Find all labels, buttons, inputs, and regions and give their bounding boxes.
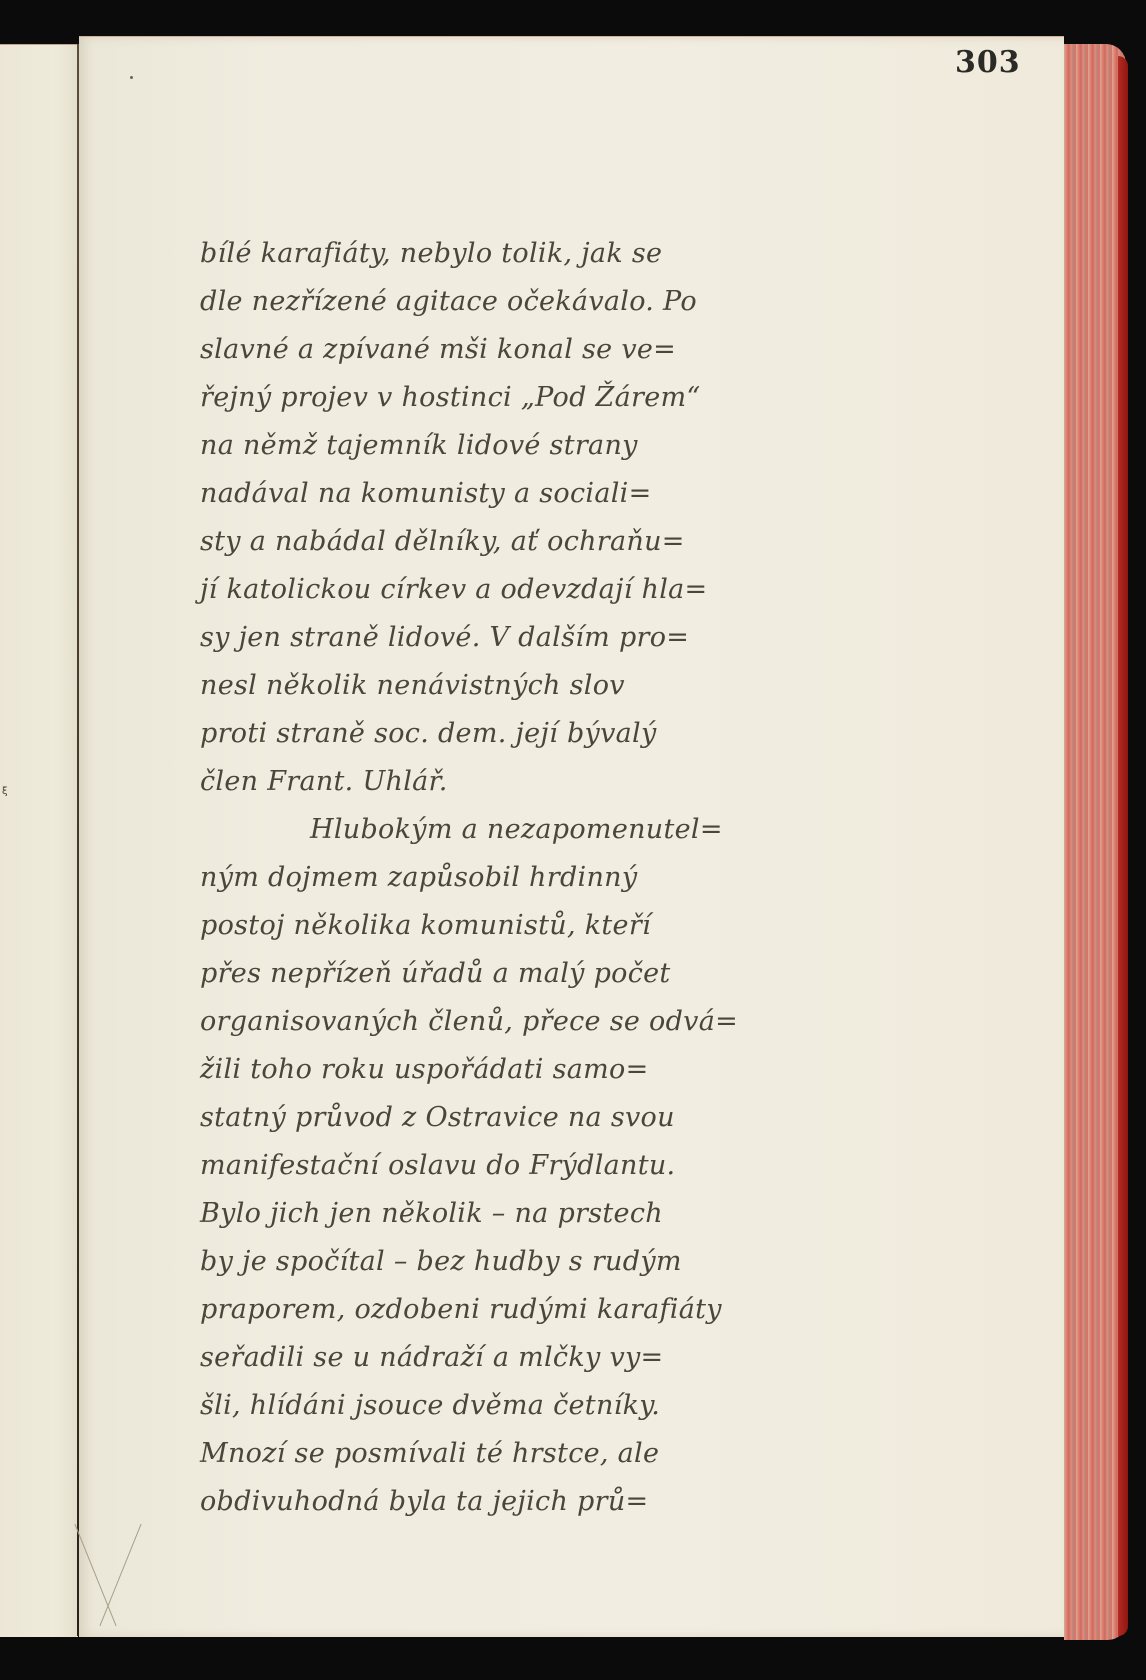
- manuscript-line: jí katolickou církev a odevzdají hla=: [200, 566, 840, 614]
- manuscript-line: praporem, ozdobeni rudými karafiáty: [200, 1286, 840, 1334]
- manuscript-line: člen Frant. Uhlář.: [200, 758, 840, 806]
- manuscript-line: slavné a zpívané mši konal se ve=: [200, 326, 840, 374]
- left-facing-page: ξ: [0, 44, 78, 1637]
- left-page-ink-mark: ξ: [2, 787, 8, 801]
- manuscript-line: sty a nabádal dělníky, ať ochraňu=: [200, 518, 840, 566]
- manuscript-line: manifestační oslavu do Frýdlantu.: [200, 1142, 840, 1190]
- paper-speck: [130, 76, 133, 79]
- manuscript-line: přes nepřízeň úřadů a malý počet: [200, 950, 840, 998]
- manuscript-line: nesl několik nenávistných slov: [200, 662, 840, 710]
- manuscript-line: seřadili se u nádraží a mlčky vy=: [200, 1334, 840, 1382]
- book-cover-edge: [1118, 56, 1128, 1636]
- manuscript-line: bílé karafiáty, nebylo tolik, jak se: [200, 230, 840, 278]
- handwritten-text: bílé karafiáty, nebylo tolik, jak se dle…: [200, 230, 840, 1526]
- manuscript-line: na němž tajemník lidové strany: [200, 422, 840, 470]
- manuscript-line: ným dojmem zapůsobil hrdinný: [200, 854, 840, 902]
- manuscript-line: sy jen straně lidové. V dalším pro=: [200, 614, 840, 662]
- manuscript-line: dle nezřízené agitace očekávalo. Po: [200, 278, 840, 326]
- manuscript-line: obdivuhodná byla ta jejich prů=: [200, 1478, 840, 1526]
- manuscript-line: žili toho roku uspořádati samo=: [200, 1046, 840, 1094]
- manuscript-line: statný průvod z Ostravice na svou: [200, 1094, 840, 1142]
- manuscript-line: Mnozí se posmívali té hrstce, ale: [200, 1430, 840, 1478]
- paragraph-start-line: Hlubokým a nezapomenutel=: [200, 806, 840, 854]
- manuscript-line: by je spočítal – bez hudby s rudým: [200, 1238, 840, 1286]
- page-number: 303: [955, 45, 1021, 80]
- manuscript-line: Bylo jich jen několik – na prstech: [200, 1190, 840, 1238]
- manuscript-line: postoj několika komunistů, kteří: [200, 902, 840, 950]
- manuscript-line: nadával na komunisty a sociali=: [200, 470, 840, 518]
- book-scan: ξ 303 bílé karafiáty, nebylo tolik, jak …: [0, 0, 1146, 1680]
- manuscript-line: organisovaných členů, přece se odvá=: [200, 998, 840, 1046]
- manuscript-line: proti straně soc. dem. její bývalý: [200, 710, 840, 758]
- manuscript-line: řejný projev v hostinci „Pod Žárem“: [200, 374, 840, 422]
- manuscript-line: šli, hlídáni jsouce dvěma četníky.: [200, 1382, 840, 1430]
- red-page-edges: [1064, 44, 1126, 1640]
